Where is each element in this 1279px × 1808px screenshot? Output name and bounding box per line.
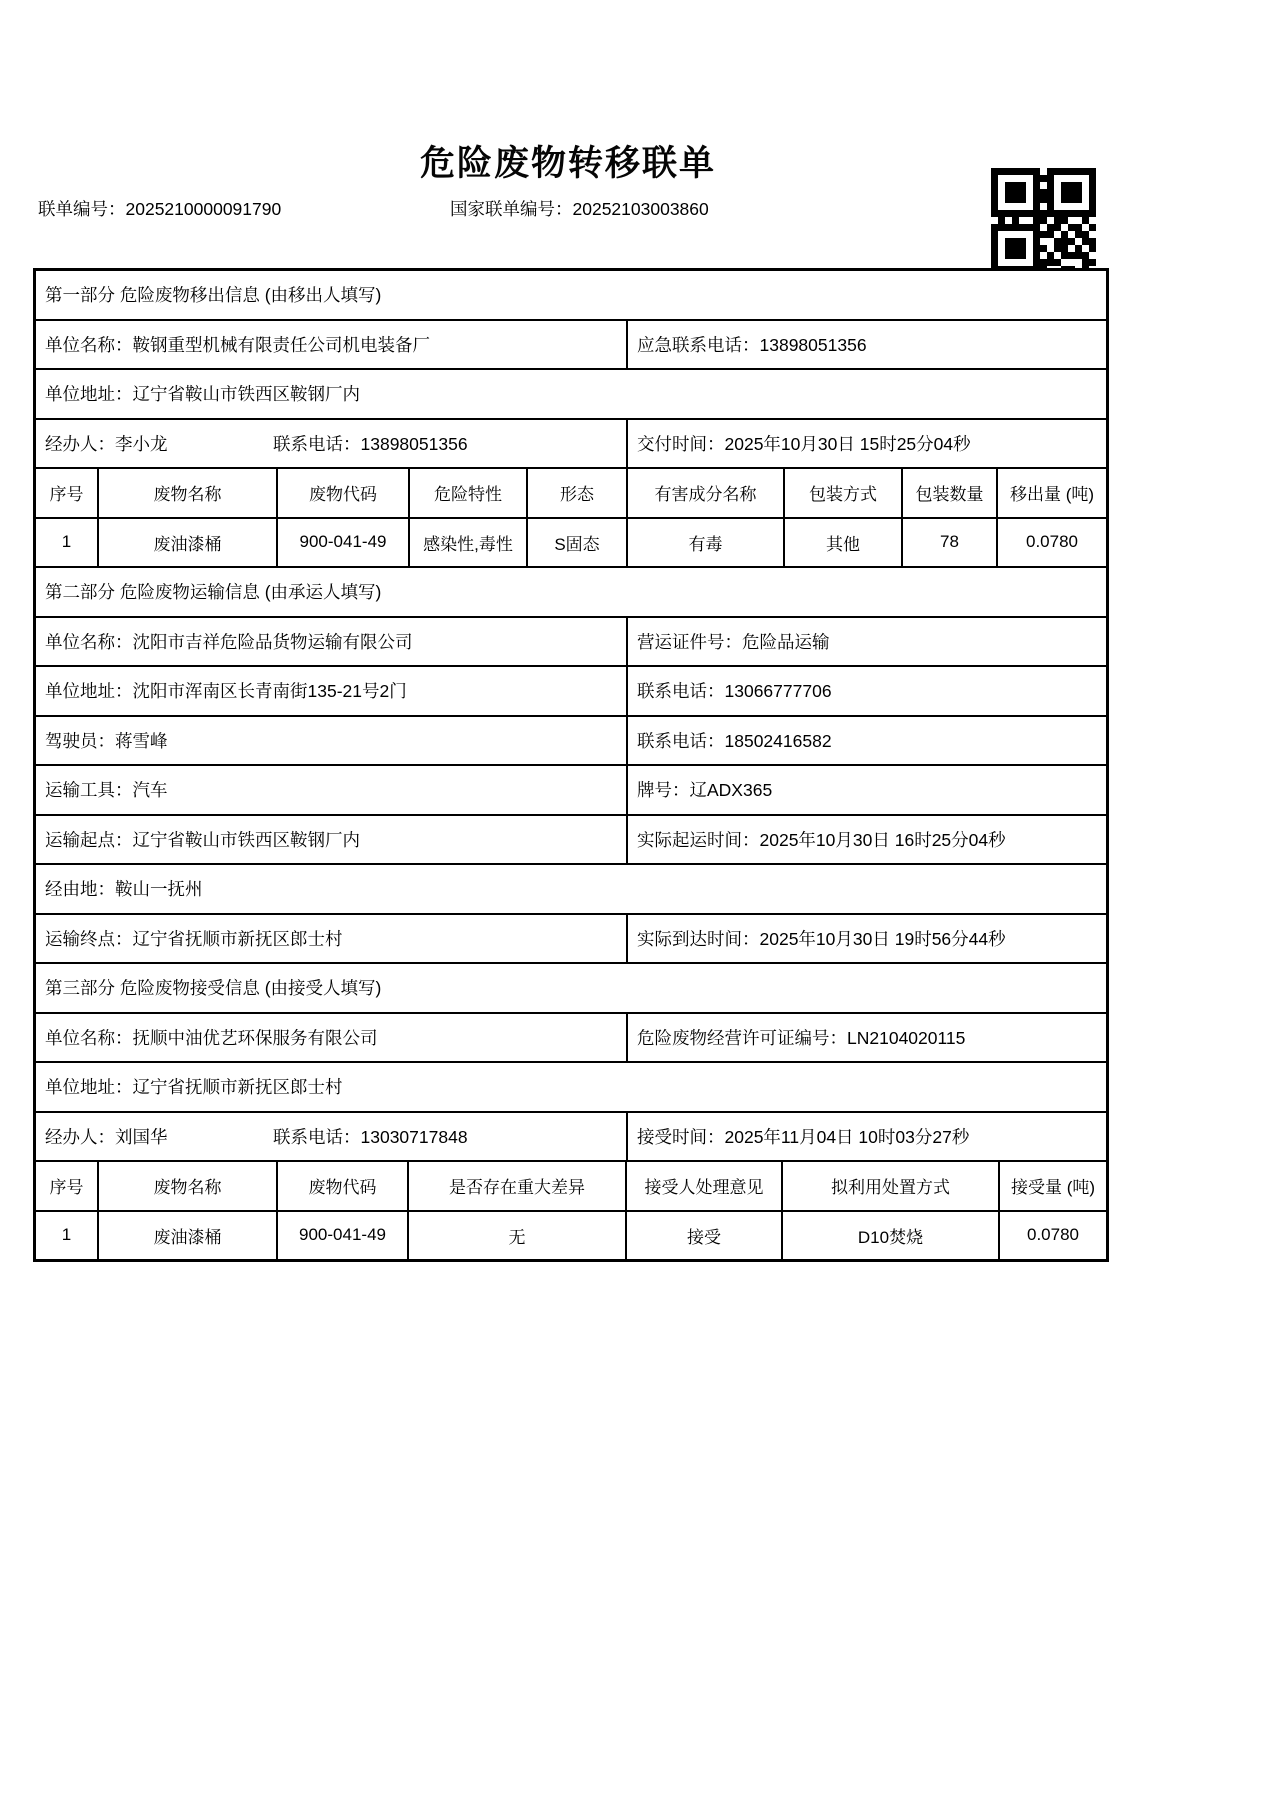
part2-address-phone: 联系电话：13066777706 (626, 667, 1106, 715)
receive-header-name: 废物名称 (97, 1162, 276, 1210)
part2-vehicle: 运输工具：汽车 (36, 766, 626, 814)
part3-section-title: 第三部分 危险废物接受信息 (由接受人填写) (36, 964, 1106, 1012)
part2-via-row: 经由地：鞍山一抚州 (36, 863, 1106, 913)
part1-agent: 经办人：李小龙 (45, 431, 168, 456)
waste-header-package: 包装方式 (783, 469, 901, 517)
waste-header-component: 有害成分名称 (626, 469, 783, 517)
receive-header-seq: 序号 (36, 1162, 97, 1210)
waste-header-form: 形态 (526, 469, 626, 517)
waste-header-name: 废物名称 (97, 469, 276, 517)
receive-header-discrepancy: 是否存在重大差异 (407, 1162, 625, 1210)
part2-driver-phone: 联系电话：18502416582 (626, 717, 1106, 765)
part2-origin: 运输起点：辽宁省鞍山市铁西区鞍钢厂内 (36, 816, 626, 864)
waste-header-amount: 移出量 (吨) (996, 469, 1106, 517)
waste-header-seq: 序号 (36, 469, 97, 517)
part2-destination: 运输终点：辽宁省抚顺市新抚区郎士村 (36, 915, 626, 963)
part1-emergency-phone: 应急联系电话：13898051356 (626, 321, 1106, 369)
part3-agent-cell: 经办人：刘国华 联系电话：13030717848 (36, 1113, 626, 1161)
receive-header-opinion: 接受人处理意见 (625, 1162, 781, 1210)
part1-address-row: 单位地址：辽宁省鞍山市铁西区鞍钢厂内 (36, 368, 1106, 418)
waste-cell-package: 其他 (783, 519, 901, 567)
part1-company-address: 单位地址：辽宁省鞍山市铁西区鞍钢厂内 (36, 370, 1106, 418)
waste-cell-seq: 1 (36, 519, 97, 567)
part1-section-title: 第一部分 危险废物移出信息 (由移出人填写) (36, 271, 1106, 319)
national-manifest-number: 国家联单编号：20252103003860 (450, 196, 709, 221)
waste-cell-package-qty: 78 (901, 519, 996, 567)
waste-header-hazard: 危险特性 (408, 469, 526, 517)
waste-cell-name: 废油漆桶 (97, 519, 276, 567)
receive-header-code: 废物代码 (276, 1162, 407, 1210)
receive-cell-amount: 0.0780 (998, 1212, 1106, 1260)
part2-via: 经由地：鞍山一抚州 (36, 865, 1106, 913)
part2-plate-no: 牌号：辽ADX365 (626, 766, 1106, 814)
qr-code-icon (991, 168, 1096, 273)
part3-agent-row: 经办人：刘国华 联系电话：13030717848 接受时间：2025年11月04… (36, 1111, 1106, 1161)
waste-table-header-row: 序号 废物名称 废物代码 危险特性 形态 有害成分名称 包装方式 包装数量 移出… (36, 467, 1106, 517)
part1-agent-row: 经办人：李小龙 联系电话：13898051356 交付时间：2025年10月30… (36, 418, 1106, 468)
part1-agent-phone: 联系电话：13898051356 (273, 420, 468, 468)
part3-company-address: 单位地址：辽宁省抚顺市新抚区郎士村 (36, 1063, 1106, 1111)
part2-license-no: 营运证件号：危险品运输 (626, 618, 1106, 666)
part3-section-row: 第三部分 危险废物接受信息 (由接受人填写) (36, 962, 1106, 1012)
part2-driver: 驾驶员：蒋雪峰 (36, 717, 626, 765)
waste-table-data-row: 1 废油漆桶 900-041-49 感染性,毒性 S固态 有毒 其他 78 0.… (36, 517, 1106, 567)
part3-permit-no: 危险废物经营许可证编号：LN2104020115 (626, 1014, 1106, 1062)
part3-company-row: 单位名称：抚顺中油优艺环保服务有限公司 危险废物经营许可证编号：LN210402… (36, 1012, 1106, 1062)
part3-address-row: 单位地址：辽宁省抚顺市新抚区郎士村 (36, 1061, 1106, 1111)
part3-agent: 经办人：刘国华 (45, 1124, 168, 1149)
part1-company-row: 单位名称：鞍钢重型机械有限责任公司机电装备厂 应急联系电话：1389805135… (36, 319, 1106, 369)
part3-receive-time: 接受时间：2025年11月04日 10时03分27秒 (626, 1113, 1106, 1161)
part2-section-title: 第二部分 危险废物运输信息 (由承运人填写) (36, 568, 1106, 616)
receive-cell-name: 废油漆桶 (97, 1212, 276, 1260)
receive-header-amount: 接受量 (吨) (998, 1162, 1106, 1210)
manifest-meta-bar: 联单编号：2025210000091790 国家联单编号：20252103003… (33, 196, 1103, 222)
part2-destination-row: 运输终点：辽宁省抚顺市新抚区郎士村 实际到达时间：2025年10月30日 19时… (36, 913, 1106, 963)
waste-cell-component: 有毒 (626, 519, 783, 567)
part2-company-name: 单位名称：沈阳市吉祥危险品货物运输有限公司 (36, 618, 626, 666)
waste-cell-amount: 0.0780 (996, 519, 1106, 567)
receive-table-data-row: 1 废油漆桶 900-041-49 无 接受 D10焚烧 0.0780 (36, 1210, 1106, 1260)
receive-header-disposal: 拟利用处置方式 (781, 1162, 998, 1210)
part2-section-row: 第二部分 危险废物运输信息 (由承运人填写) (36, 566, 1106, 616)
receive-cell-discrepancy: 无 (407, 1212, 625, 1260)
waste-cell-code: 900-041-49 (276, 519, 408, 567)
part2-depart-time: 实际起运时间：2025年10月30日 16时25分04秒 (626, 816, 1106, 864)
part1-section-row: 第一部分 危险废物移出信息 (由移出人填写) (36, 271, 1106, 319)
receive-cell-seq: 1 (36, 1212, 97, 1260)
receive-cell-opinion: 接受 (625, 1212, 781, 1260)
part2-origin-row: 运输起点：辽宁省鞍山市铁西区鞍钢厂内 实际起运时间：2025年10月30日 16… (36, 814, 1106, 864)
part3-company-name: 单位名称：抚顺中油优艺环保服务有限公司 (36, 1014, 626, 1062)
waste-header-package-qty: 包装数量 (901, 469, 996, 517)
page-title: 危险废物转移联单 (33, 136, 1103, 186)
part3-agent-phone: 联系电话：13030717848 (273, 1113, 468, 1161)
receive-cell-code: 900-041-49 (276, 1212, 407, 1260)
part2-arrival-time: 实际到达时间：2025年10月30日 19时56分44秒 (626, 915, 1106, 963)
part1-delivery-time: 交付时间：2025年10月30日 15时25分04秒 (626, 420, 1106, 468)
part2-address-row: 单位地址：沈阳市浑南区长青南街135-21号2门 联系电话：1306677770… (36, 665, 1106, 715)
part1-company-name: 单位名称：鞍钢重型机械有限责任公司机电装备厂 (36, 321, 626, 369)
part2-company-row: 单位名称：沈阳市吉祥危险品货物运输有限公司 营运证件号：危险品运输 (36, 616, 1106, 666)
part2-driver-row: 驾驶员：蒋雪峰 联系电话：18502416582 (36, 715, 1106, 765)
manifest-table: 第一部分 危险废物移出信息 (由移出人填写) 单位名称：鞍钢重型机械有限责任公司… (33, 268, 1109, 1262)
part1-agent-cell: 经办人：李小龙 联系电话：13898051356 (36, 420, 626, 468)
manifest-page: 危险废物转移联单 联单编号：2025210000091790 国家联单编号：20… (0, 0, 1279, 1808)
waste-cell-hazard: 感染性,毒性 (408, 519, 526, 567)
part2-company-address: 单位地址：沈阳市浑南区长青南街135-21号2门 (36, 667, 626, 715)
receive-table-header-row: 序号 废物名称 废物代码 是否存在重大差异 接受人处理意见 拟利用处置方式 接受… (36, 1160, 1106, 1210)
waste-header-code: 废物代码 (276, 469, 408, 517)
receive-cell-disposal: D10焚烧 (781, 1212, 998, 1260)
part2-vehicle-row: 运输工具：汽车 牌号：辽ADX365 (36, 764, 1106, 814)
manifest-number: 联单编号：2025210000091790 (38, 196, 281, 221)
waste-cell-form: S固态 (526, 519, 626, 567)
